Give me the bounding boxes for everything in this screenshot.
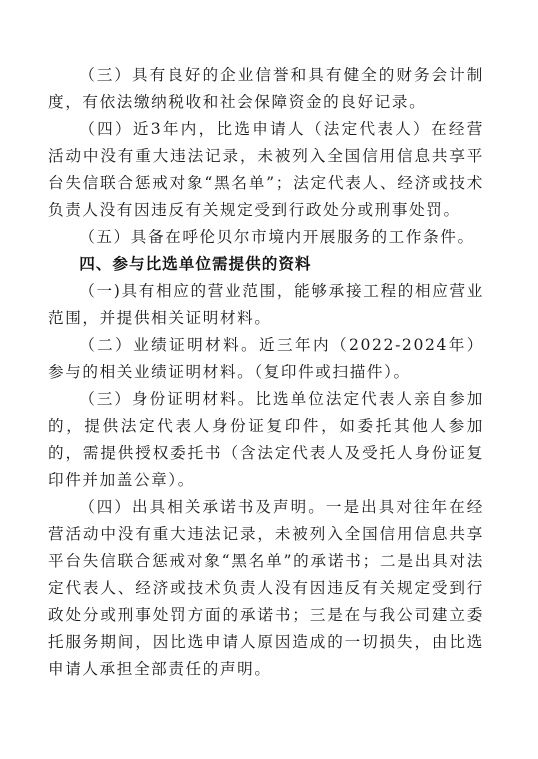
- paragraph-requirement-4: （四）近3年内，比选申请人（法定代表人）在经营活动中没有重大违法记录，未被列入全…: [48, 116, 484, 224]
- paragraph-requirement-5: （五）具备在呼伦贝尔市境内开展服务的工作条件。: [48, 224, 484, 251]
- paragraph-material-1: （一)具有相应的营业范围，能够承接工程的相应营业范围，并提供相关证明材料。: [48, 278, 484, 332]
- paragraph-material-2: （二）业绩证明材料。近三年内（2022-2024年）参与的相关业绩证明材料。（复…: [48, 332, 484, 386]
- document-page: （三）具有良好的企业信誉和具有健全的财务会计制度，有依法缴纳税收和社会保障资金的…: [48, 62, 484, 683]
- paragraph-material-3: （三）身份证明材料。比选单位法定代表人亲自参加的，提供法定代表人身份证复印件，如…: [48, 386, 484, 494]
- paragraph-requirement-3: （三）具有良好的企业信誉和具有健全的财务会计制度，有依法缴纳税收和社会保障资金的…: [48, 62, 484, 116]
- section-heading-materials: 四、参与比选单位需提供的资料: [48, 251, 484, 278]
- paragraph-material-4: （四）出具相关承诺书及声明。一是出具对往年在经营活动中没有重大违法记录，未被列入…: [48, 494, 484, 683]
